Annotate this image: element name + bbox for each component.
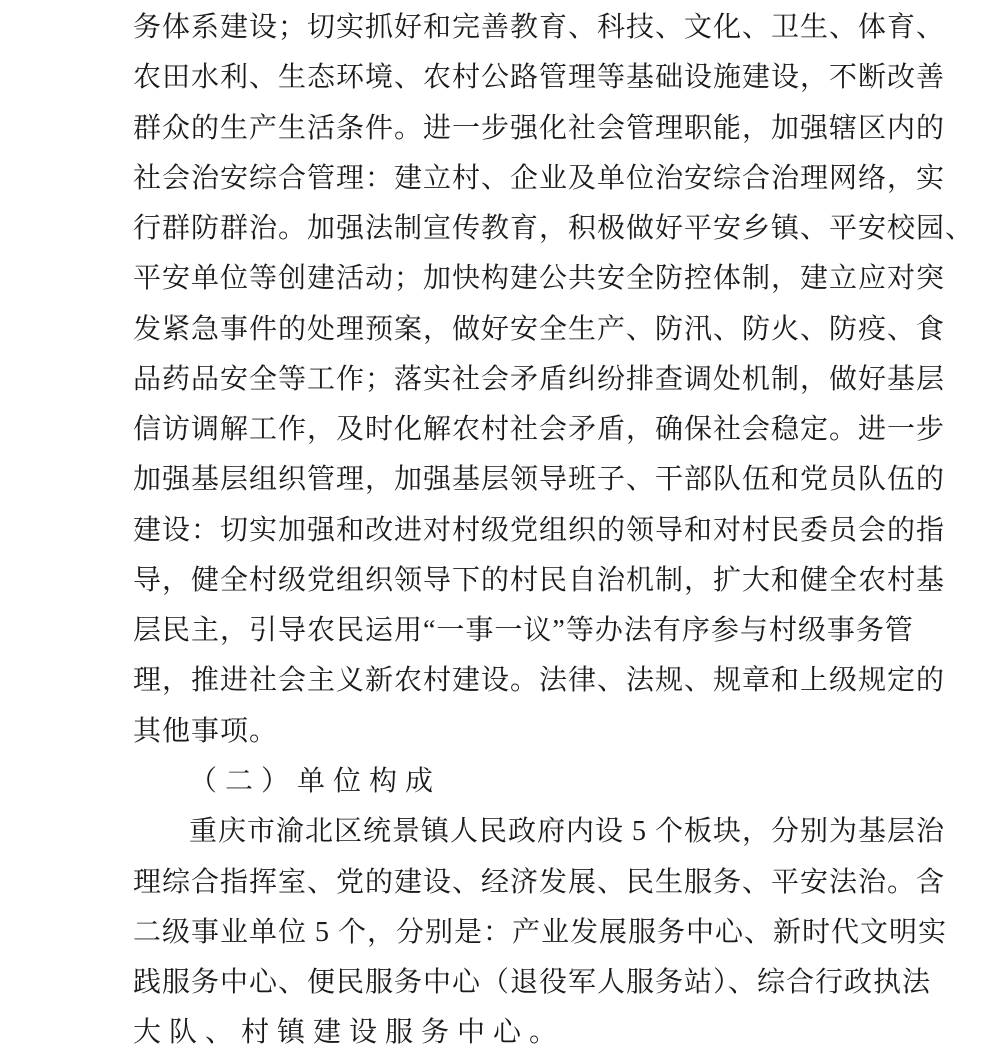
text-line: 信访调解工作，及时化解农村社会矛盾，确保社会稳定。进一步 xyxy=(133,405,960,455)
text-line: 农田水利、生态环境、农村公路管理等基础设施建设，不断改善 xyxy=(133,53,960,103)
section-heading: （二）单位构成 xyxy=(133,757,960,807)
text-line: 导，健全村级党组织领导下的村民自治机制，扩大和健全农村基 xyxy=(133,556,960,606)
text-line: 发紧急事件的处理预案，做好安全生产、防汛、防火、防疫、食 xyxy=(133,305,960,355)
text-line: 践服务中心、便民服务中心（退役军人服务站）、综合行政执法 xyxy=(133,958,960,1008)
text-line: 群众的生产生活条件。进一步强化社会管理职能，加强辖区内的 xyxy=(133,104,960,154)
text-line: 务体系建设；切实抓好和完善教育、科技、文化、卫生、体育、 xyxy=(133,3,960,53)
document-page: 务体系建设；切实抓好和完善教育、科技、文化、卫生、体育、 农田水利、生态环境、农… xyxy=(0,0,1000,1056)
body-paragraph: 务体系建设；切实抓好和完善教育、科技、文化、卫生、体育、 农田水利、生态环境、农… xyxy=(133,3,960,757)
text-line: 重庆市渝北区统景镇人民政府内设 5 个板块，分别为基层治 xyxy=(133,807,960,857)
text-line: 大队、村镇建设服务中心。 xyxy=(133,1008,960,1056)
unit-composition-paragraph: 重庆市渝北区统景镇人民政府内设 5 个板块，分别为基层治 理综合指挥室、党的建设… xyxy=(133,807,960,1056)
text-line: 建设：切实加强和改进对村级党组织的领导和对村民委员会的指 xyxy=(133,506,960,556)
text-line: 其他事项。 xyxy=(133,707,960,757)
text-line: 层民主，引导农民运用“一事一议”等办法有序参与村级事务管 xyxy=(133,606,960,656)
text-line: 品药品安全等工作；落实社会矛盾纠纷排查调处机制，做好基层 xyxy=(133,355,960,405)
text-line: 理，推进社会主义新农村建设。法律、法规、规章和上级规定的 xyxy=(133,656,960,706)
text-line: 加强基层组织管理，加强基层领导班子、干部队伍和党员队伍的 xyxy=(133,455,960,505)
text-line: 行群防群治。加强法制宣传教育，积极做好平安乡镇、平安校园、 xyxy=(133,204,960,254)
text-line: 社会治安综合管理：建立村、企业及单位治安综合治理网络，实 xyxy=(133,154,960,204)
text-line: 理综合指挥室、党的建设、经济发展、民生服务、平安法治。含 xyxy=(133,858,960,908)
unit-composition-section: （二）单位构成 xyxy=(133,757,960,807)
text-line: 二级事业单位 5 个，分别是：产业发展服务中心、新时代文明实 xyxy=(133,908,960,958)
text-line: 平安单位等创建活动；加快构建公共安全防控体制，建立应对突 xyxy=(133,254,960,304)
